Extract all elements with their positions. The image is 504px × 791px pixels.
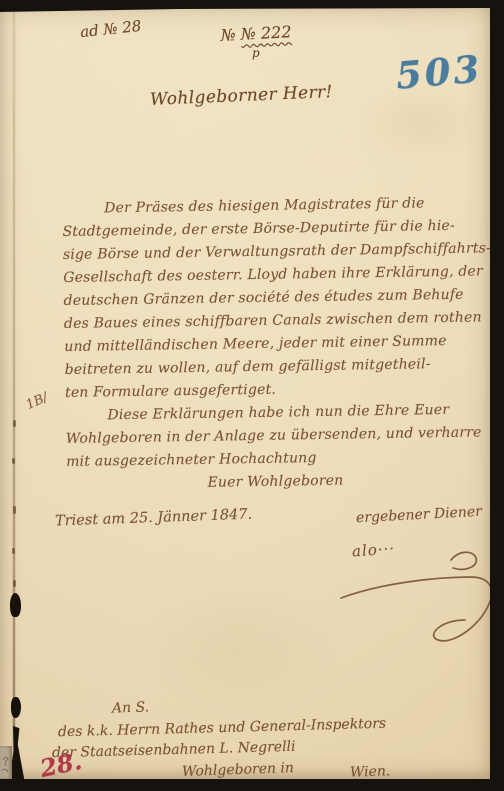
pencil-scribble <box>0 746 12 779</box>
document-number-sub: p <box>252 46 260 60</box>
address-line-4-right: Wien. <box>350 763 391 780</box>
dateline: Triest am 25. Jänner 1847. <box>55 507 253 530</box>
fold-crease <box>13 8 15 779</box>
file-reference-note: ad № 28 <box>79 17 142 41</box>
margin-mark: 1B/ <box>24 390 50 413</box>
ink-blot <box>10 593 21 617</box>
address-line-1: An S. <box>112 699 150 716</box>
document-number-value: № 222 <box>240 22 292 44</box>
red-folio-number: 28. <box>37 746 84 783</box>
document-number-label: № <box>220 25 241 45</box>
scan-background: ad № 28 № № 222 p 503 Wohlgeborner Herr!… <box>0 0 504 791</box>
crease-mark <box>13 580 16 587</box>
valediction: ergebener Diener <box>356 504 483 527</box>
document-number: № № 222 <box>206 21 307 45</box>
address-line-2: des k.k. Herrn Rathes und General-Inspek… <box>58 716 386 741</box>
blue-folio-number: 503 <box>394 46 484 97</box>
salutation: Wohlgeborner Herr! <box>150 82 334 110</box>
address-line-4-left: Wohlgeboren in <box>182 760 294 780</box>
letter-body: Der Präses des hiesigen Magistrates für … <box>62 191 485 497</box>
ink-blot <box>11 697 21 718</box>
crease-mark <box>13 420 16 427</box>
address-line-3: der Staatseisenbahnen L. Negrelli <box>52 739 296 761</box>
crease-mark <box>13 506 16 514</box>
crease-mark <box>12 458 15 464</box>
letter-paper: ad № 28 № № 222 p 503 Wohlgeborner Herr!… <box>0 8 490 779</box>
crease-mark <box>12 548 15 554</box>
adjacent-page-edge <box>0 746 12 779</box>
signature-flourish <box>333 546 498 661</box>
